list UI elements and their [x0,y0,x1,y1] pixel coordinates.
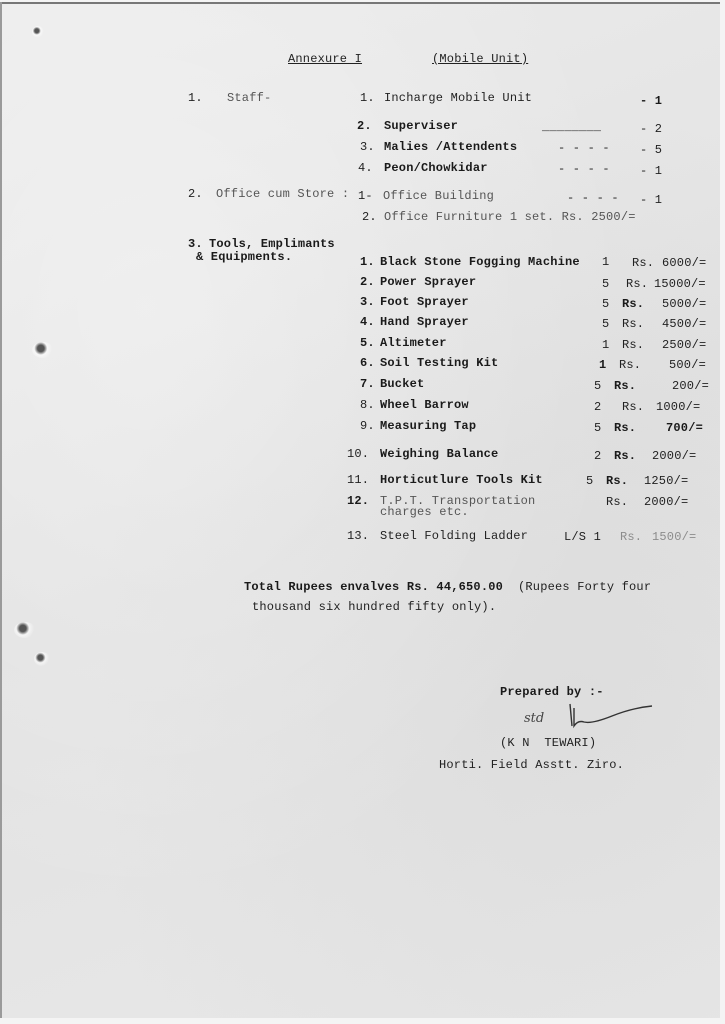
sd-mark: std [524,711,544,726]
signatory-name: (K N TEWARI) [500,736,596,750]
pin-hole [14,622,36,638]
pin-hole [32,342,54,358]
total-amount-line: Total Rupees envalves Rs. 44,650.00 [244,580,503,594]
section-number: 1. [188,91,203,105]
signatory-designation: Horti. Field Asstt. Ziro. [439,758,624,772]
ink-mark [32,26,44,38]
signature-icon: std [522,702,662,737]
document-page: Annexure I (Mobile Unit) 1. Staff- 1. In… [0,2,720,1018]
annexure-subtitle: (Mobile Unit) [432,52,528,66]
total-words-line2: thousand six hundred fifty only). [252,600,496,614]
total-words-line1: (Rupees Forty four [518,580,651,594]
prepared-by-label: Prepared by :- [500,685,604,699]
section-label-staff: Staff- [227,91,271,105]
section-label-office: Office cum Store : [216,187,349,201]
pin-hole [34,652,50,666]
section-label-tools-line2: & Equipments. [196,250,292,264]
section-number: 2. [188,187,203,201]
section-number: 3. [188,237,203,251]
annexure-title: Annexure I [288,52,362,66]
section-label-tools: Tools, Emplimants [209,237,335,251]
